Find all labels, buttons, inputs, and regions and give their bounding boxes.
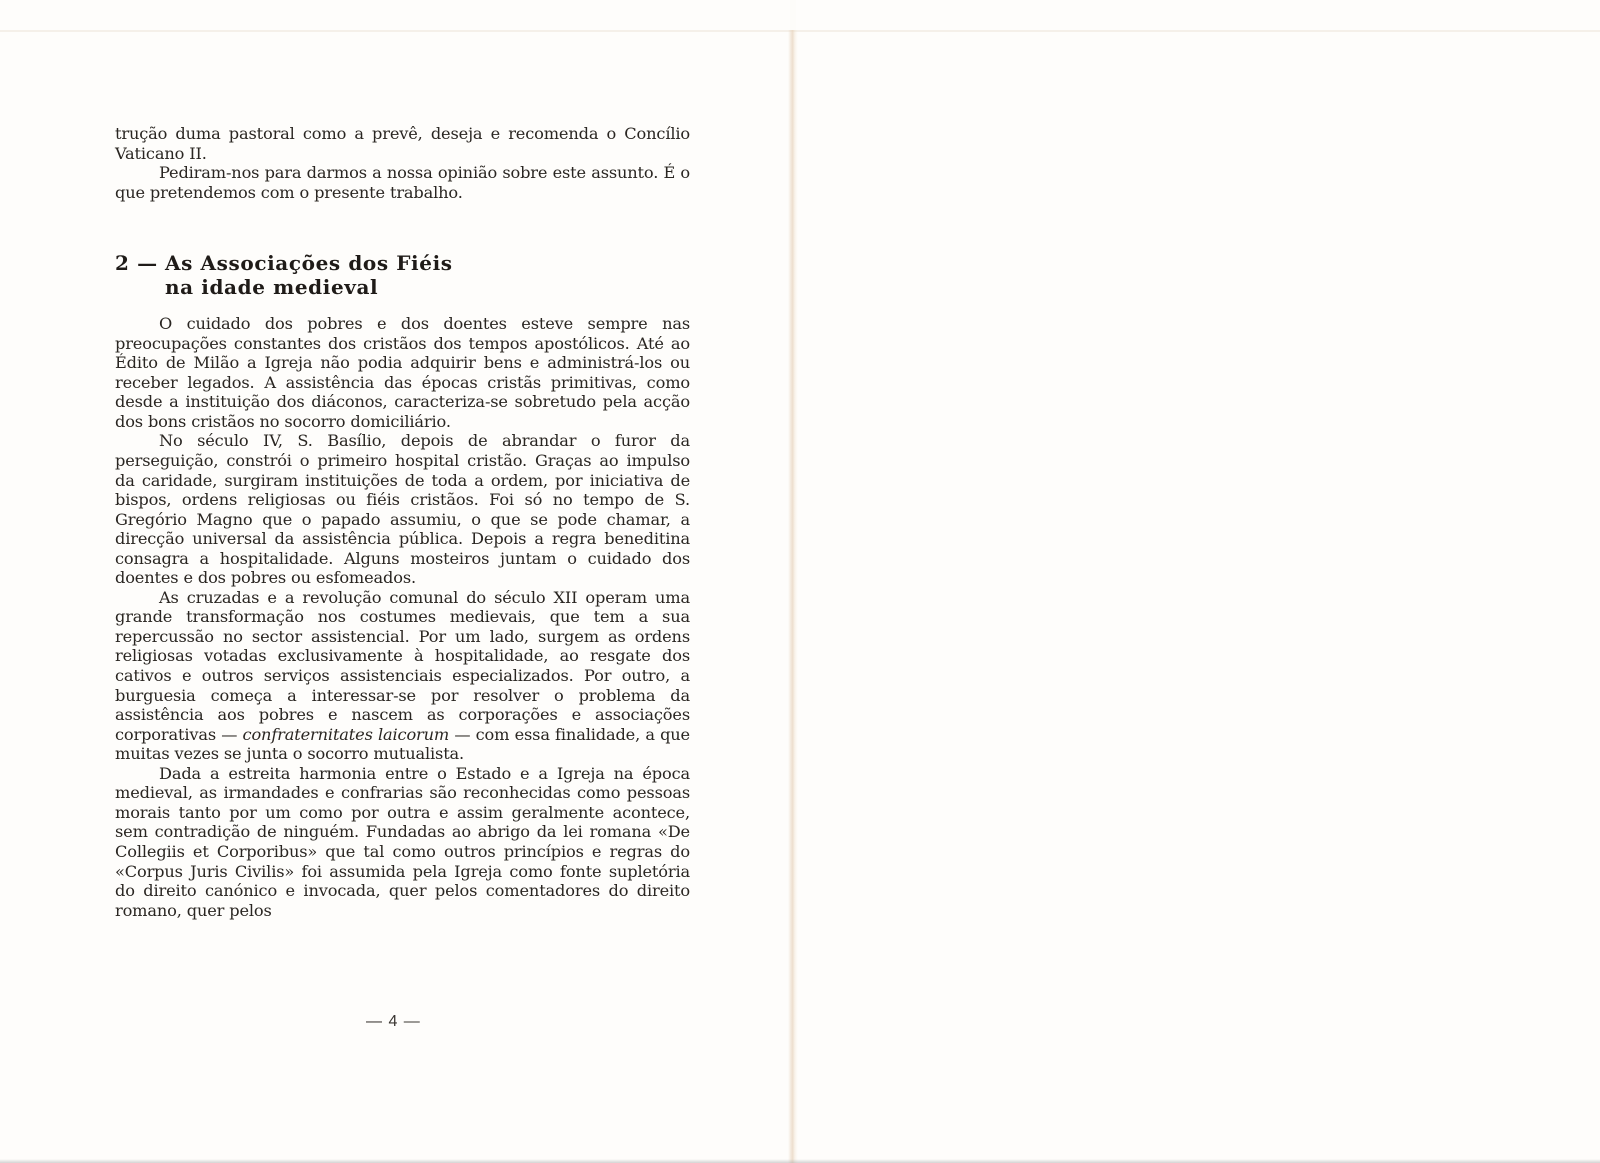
latin-term: confraternitates laicorum <box>243 725 450 744</box>
body-paragraph-crusades: As cruzadas e a revolução comunal do séc… <box>115 588 690 764</box>
book-spine-fold <box>788 30 798 1163</box>
page-top-edge <box>0 30 1600 32</box>
page-number: — 4 — <box>366 1013 421 1031</box>
section-heading: 2 —As Associações dos Fiéis na idade med… <box>115 251 690 299</box>
section-number: 2 — <box>115 251 165 275</box>
intro-paragraph: trução duma pastoral como a prevê, desej… <box>115 124 690 163</box>
intro-paragraph: Pediram-nos para darmos a nossa opinião … <box>115 163 690 202</box>
left-page-text-column: trução duma pastoral como a prevê, desej… <box>115 124 690 920</box>
body-paragraph: O cuidado dos pobres e dos doentes estev… <box>115 314 690 431</box>
section-title-line2: na idade medieval <box>115 275 690 299</box>
left-page: trução duma pastoral como a prevê, desej… <box>0 0 790 1163</box>
body-paragraph: Dada a estreita harmonia entre o Estado … <box>115 764 690 920</box>
right-page: canonistas, estas associações dos fiéis … <box>796 0 1600 1163</box>
book-spread: trução duma pastoral como a prevê, desej… <box>0 0 1600 1163</box>
page-bottom-edge <box>0 1159 1600 1163</box>
text-run: As cruzadas e a revolução comunal do séc… <box>115 588 690 744</box>
body-paragraph: No século IV, S. Basílio, depois de abra… <box>115 431 690 587</box>
section-title-line1: As Associações dos Fiéis <box>165 251 453 275</box>
